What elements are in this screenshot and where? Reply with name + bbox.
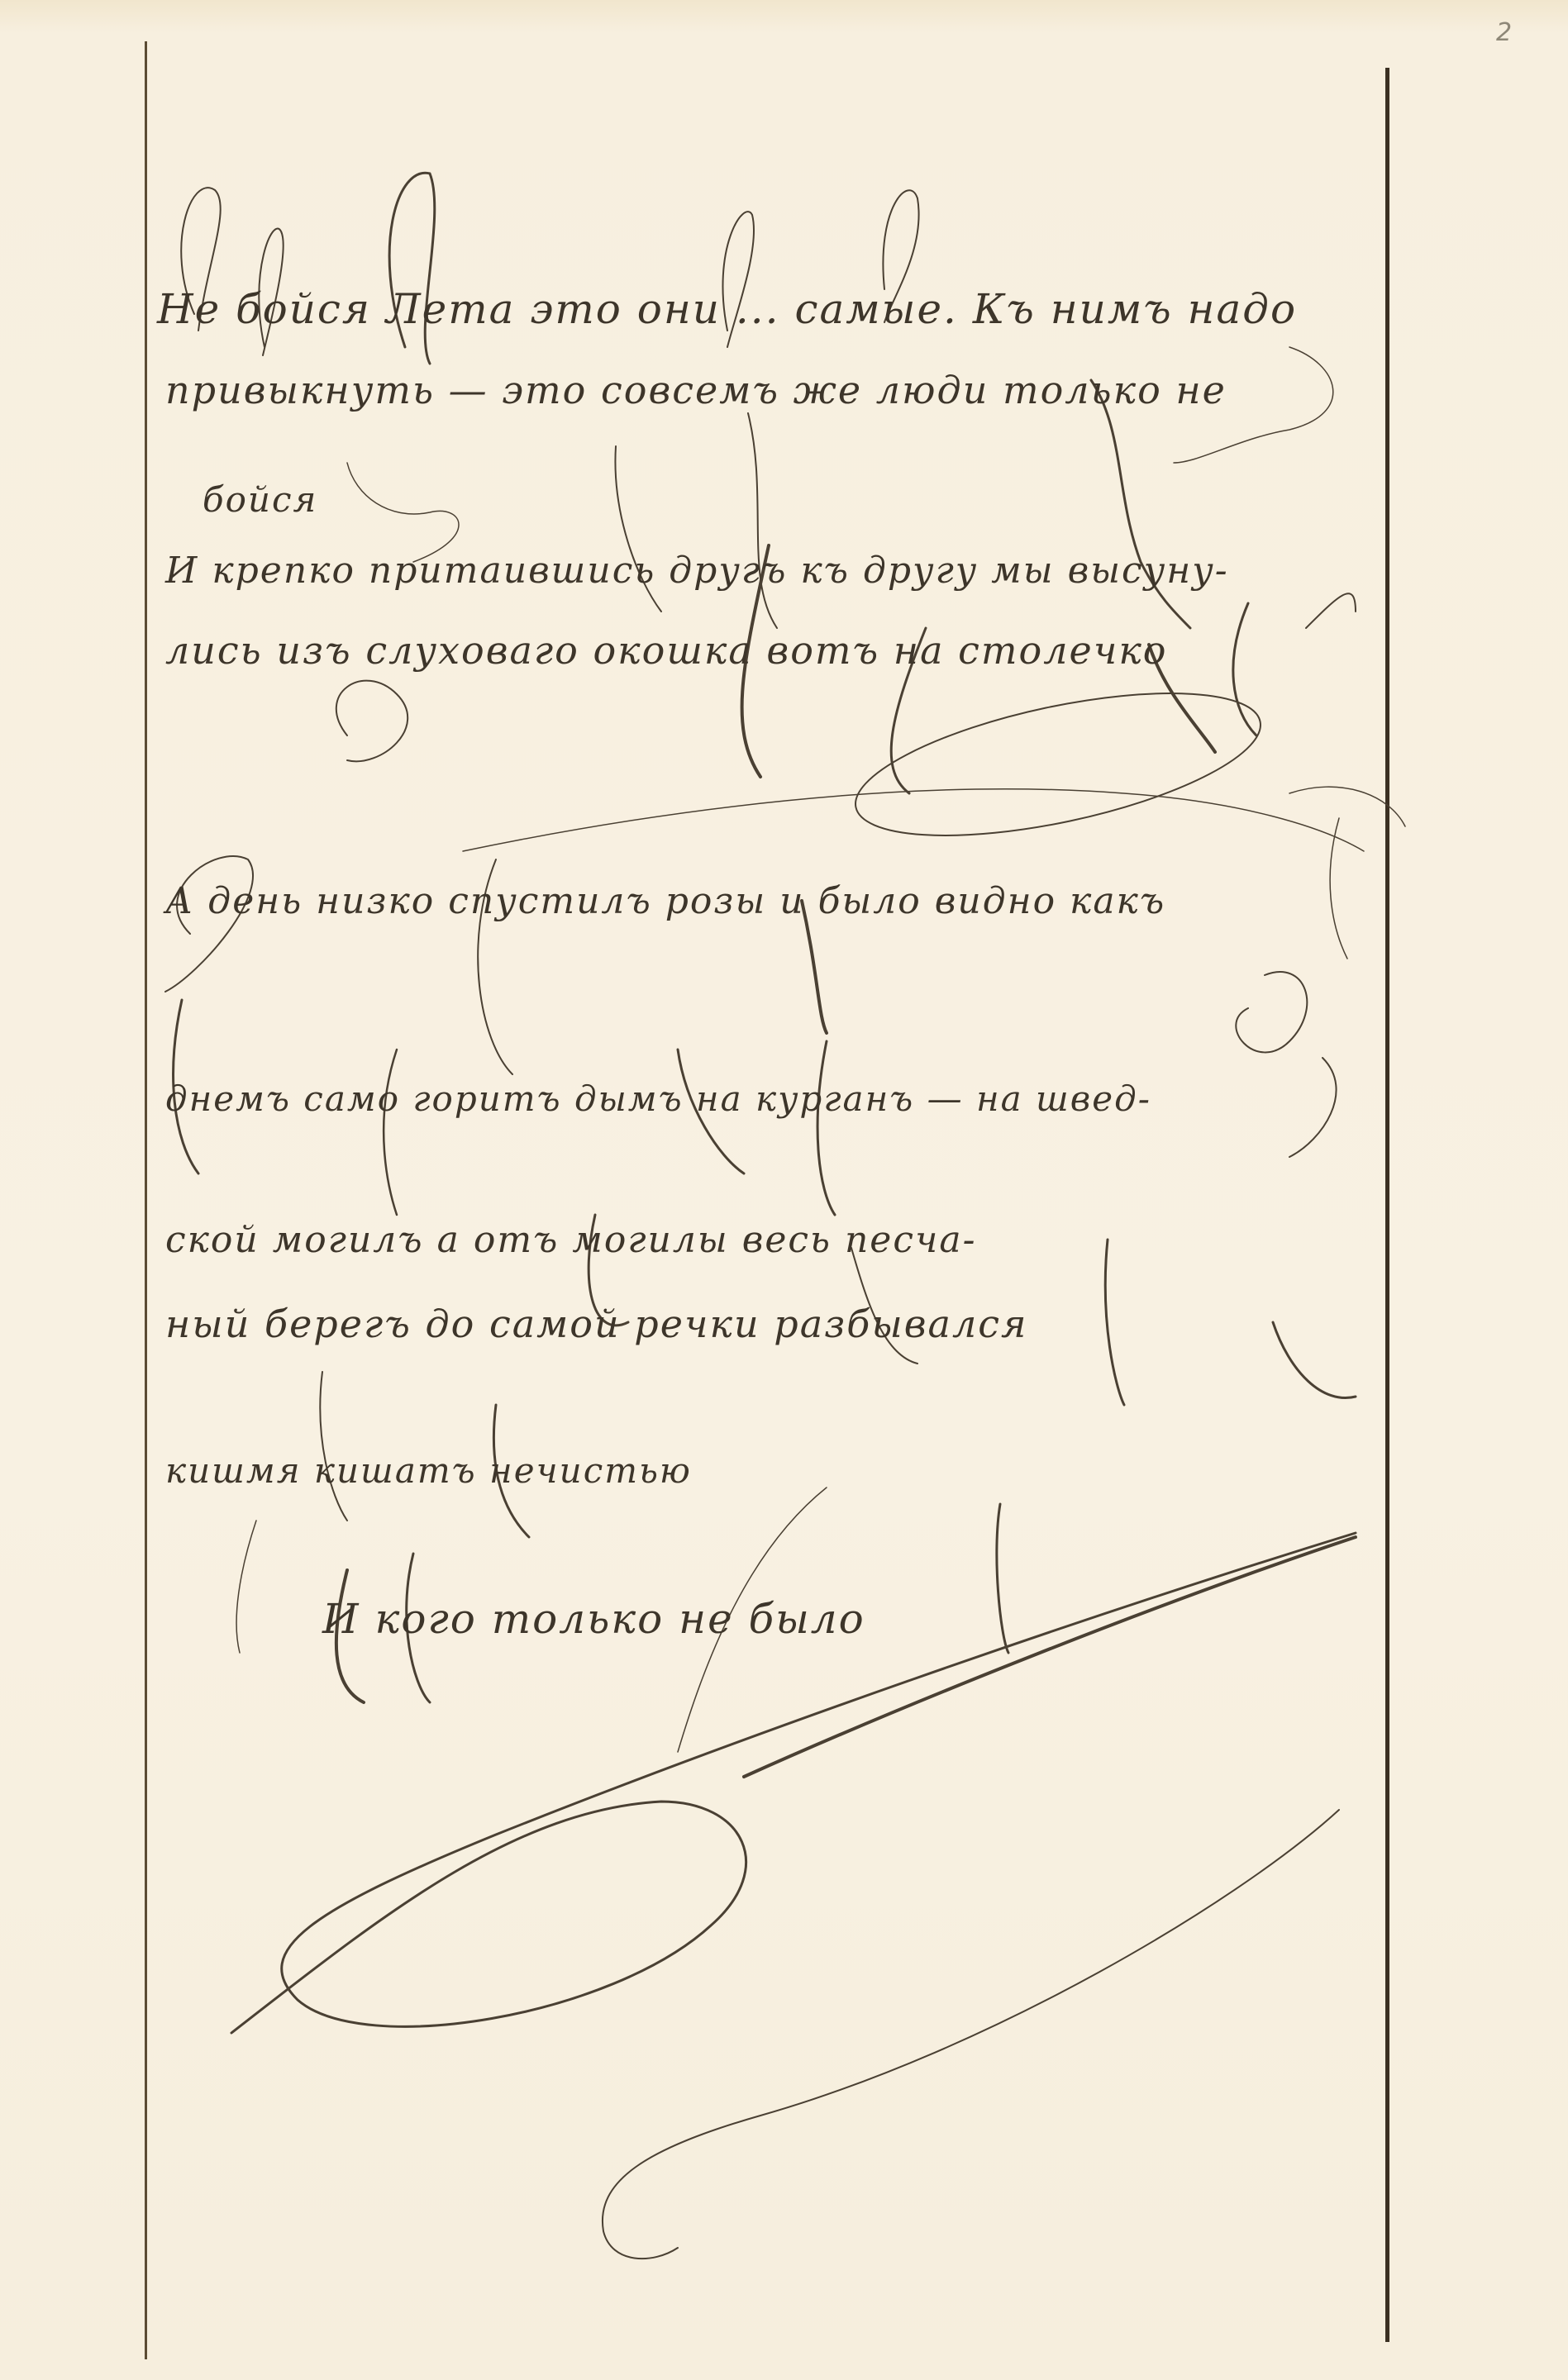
right-margin-rule: [1385, 68, 1389, 2342]
manuscript-line-10: кишмя кишатъ нечистью: [165, 1450, 692, 1491]
manuscript-line-9: ный берегъ до самой речки разбывался: [165, 1302, 1027, 1346]
manuscript-line-6: А день низко спустилъ розы и было видно …: [165, 880, 1165, 922]
decorative-flourishes: [0, 0, 1568, 2380]
manuscript-line-3: бойся: [203, 479, 317, 520]
manuscript-line-8: ской могилъ а отъ могилы весь песча-: [165, 1219, 976, 1261]
left-margin-rule: [145, 41, 147, 2359]
manuscript-line-4: И крепко притаившись другъ къ другу мы в…: [165, 550, 1229, 592]
manuscript-line-2: привыкнуть — это совсемъ же люди только …: [165, 368, 1227, 412]
manuscript-page: 2: [0, 0, 1568, 2380]
manuscript-line-7: днемъ само горитъ дымъ на курганъ — на ш…: [165, 1078, 1151, 1119]
manuscript-line-11: И кого только не было: [322, 1595, 865, 1643]
manuscript-line-5: лись изъ слуховаго окошка вотъ на столеч…: [165, 628, 1168, 673]
manuscript-line-1: Не бойся Лета это они ... самые. Къ нимъ…: [157, 285, 1297, 333]
page-number: 2: [1496, 18, 1512, 47]
